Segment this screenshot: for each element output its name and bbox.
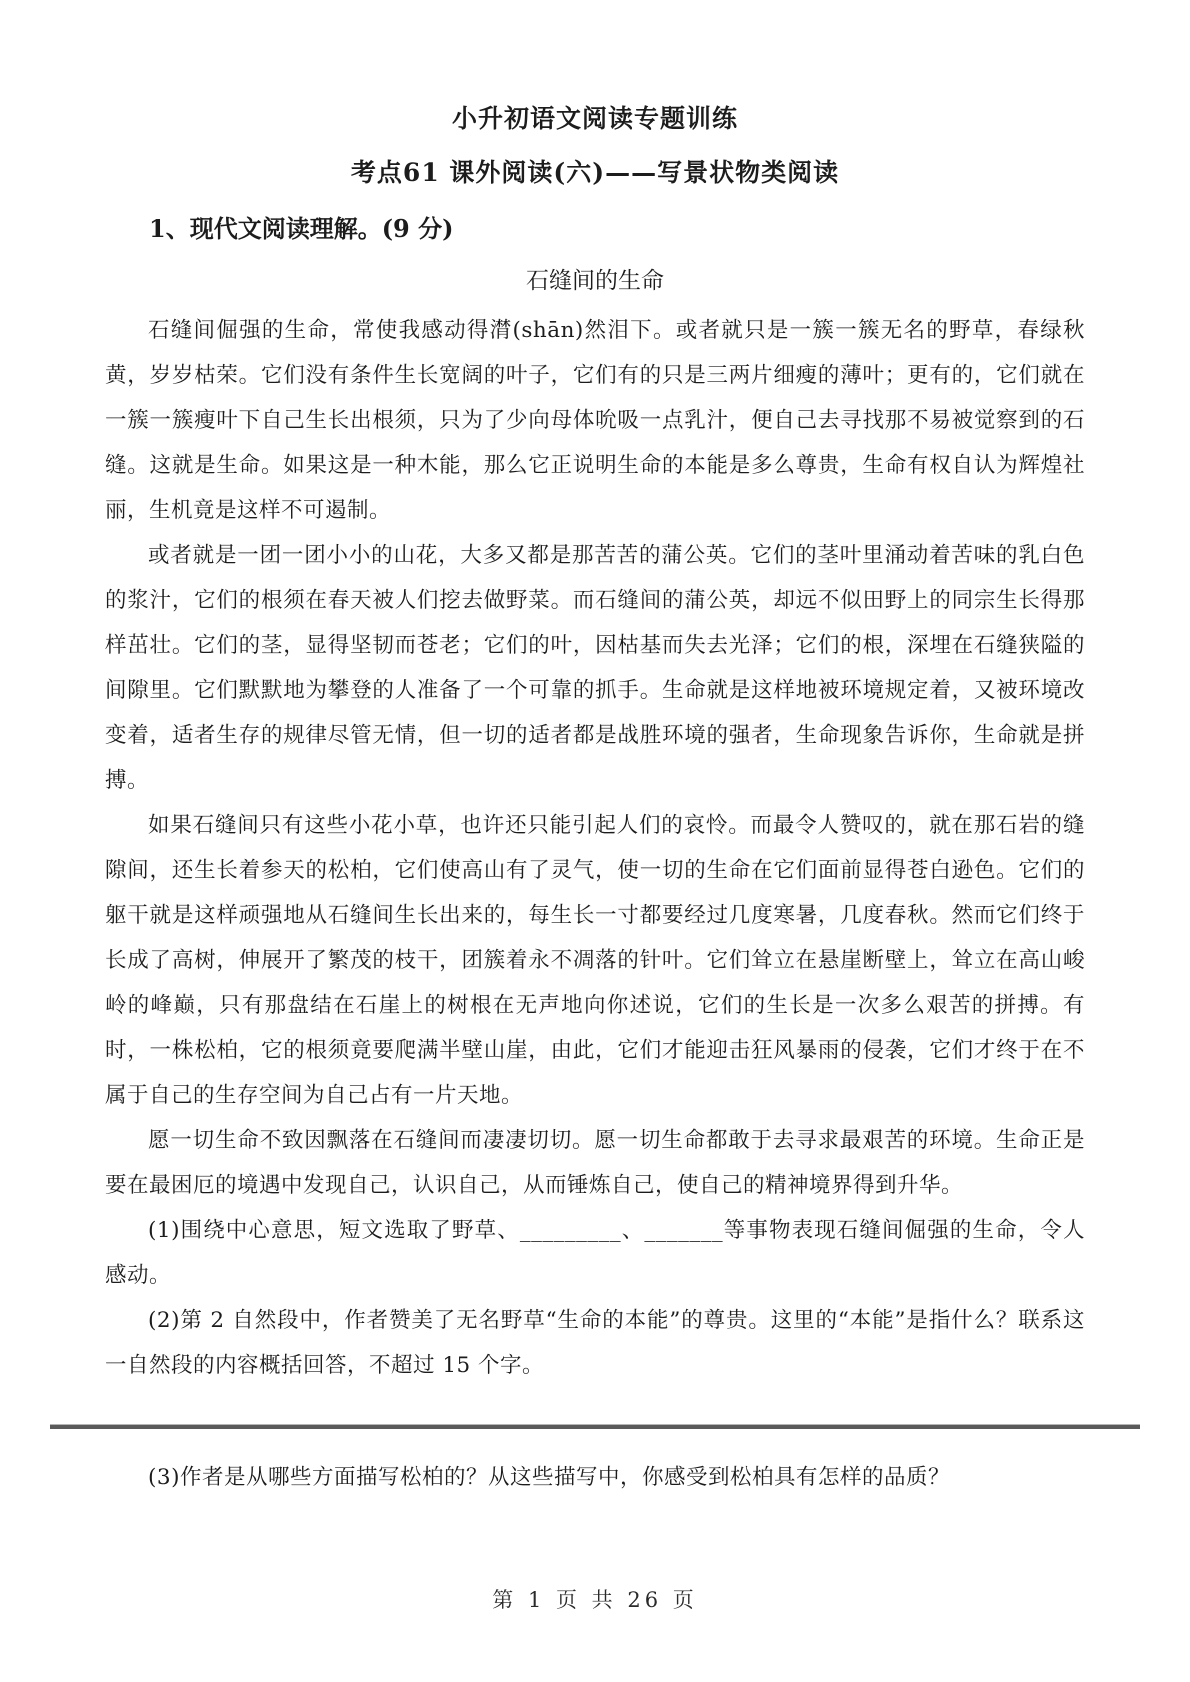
continued-body: (3)作者是从哪些方面描写松柏的？从这些描写中，你感受到松柏具有怎样的品质？ [105, 1455, 1085, 1500]
document-title: 小升初语文阅读专题训练 [105, 104, 1085, 134]
article-paragraph: 愿一切生命不致因飘落在石缝间而凄凄切切。愿一切生命都敢于去寻求最艰苦的环境。生命… [105, 1118, 1085, 1208]
article-title: 石缝间的生命 [105, 264, 1085, 298]
article-paragraph: 如果石缝间只有这些小花小草，也许还只能引起人们的哀怜。而最令人赞叹的，就在那石岩… [105, 803, 1085, 1118]
page-footer: 第 1 页 共 26 页 [0, 1584, 1190, 1614]
question-2: (2)第 2 自然段中，作者赞美了无名野草“生命的本能”的尊贵。这里的“本能”是… [105, 1298, 1085, 1388]
page-break-divider [50, 1424, 1140, 1429]
article-body: 石缝间倔强的生命，常使我感动得潸(shān)然泪下。或者就只是一簇一簇无名的野草… [105, 308, 1085, 1388]
document-page: 小升初语文阅读专题训练 考点61 课外阅读(六)——写景状物类阅读 1、现代文阅… [0, 0, 1190, 1682]
article-paragraph: 石缝间倔强的生命，常使我感动得潸(shān)然泪下。或者就只是一簇一簇无名的野草… [105, 308, 1085, 533]
question-1: (1)围绕中心意思，短文选取了野草、_________、_______等事物表现… [105, 1208, 1085, 1298]
question-3: (3)作者是从哪些方面描写松柏的？从这些描写中，你感受到松柏具有怎样的品质？ [105, 1455, 1085, 1500]
section-heading: 1、现代文阅读理解。(9 分) [105, 214, 1085, 244]
document-subtitle: 考点61 课外阅读(六)——写景状物类阅读 [105, 158, 1085, 188]
article-paragraph: 或者就是一团一团小小的山花，大多又都是那苦苦的蒲公英。它们的茎叶里涌动着苦味的乳… [105, 533, 1085, 803]
